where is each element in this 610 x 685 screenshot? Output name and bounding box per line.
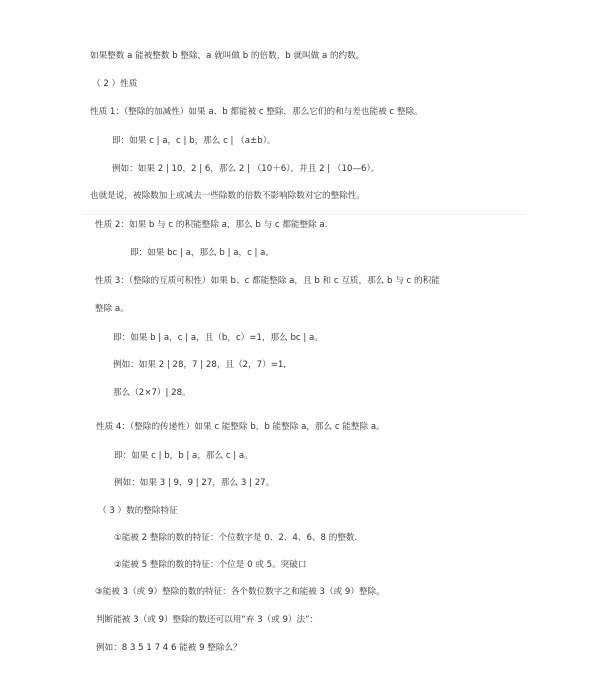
property-4: 性质 4：（整除的传递性）如果 c 能整除 b，b 能整除 a，那么 c 能整除… — [96, 421, 385, 433]
section-heading-properties: （ 2 ）性质 — [92, 78, 137, 90]
cast-out-method: 判断能被 3（或 9）整除的数还可以用“弃 3（或 9）法”： — [96, 614, 318, 626]
definition-line: 如果整数 a 能被整数 b 整除，a 就叫做 b 的倍数，b 就叫做 a 的约数… — [90, 50, 364, 62]
divisibility-rule-3-9: ③能被 3（或 9）整除的数的特征：各个数位数字之和能被 3（或 9）整除。 — [95, 586, 385, 598]
property-2-formula: 即：如果 bc | a，那么 b | a，c | a。 — [130, 247, 274, 259]
divisibility-rule-5: ②能被 5 整除的数的特征：个位是 0 或 5。突破口 — [114, 559, 306, 571]
property-1: 性质 1：（整除的加减性）如果 a、b 都能被 c 整除，那么它们的和与差也能被… — [90, 106, 423, 118]
example-question: 例如：8 3 5 1 7 4 6 能被 9 整除么？ — [96, 642, 242, 654]
property-4-formula: 即：如果 c | b，b | a，那么 c | a。 — [114, 450, 253, 462]
property-1-example: 例如：如果 2 | 10，2 | 6，那么 2 | （10＋6），并且 2 | … — [112, 163, 379, 175]
property-1-explanation: 也就是说，被除数加上或减去一些除数的倍数不影响除数对它的整除性。 — [90, 190, 365, 202]
property-3-continued: 整除 a。 — [95, 303, 129, 315]
property-3-formula: 即：如果 b | a，c | a，且（b，c）=1，那么 bc | a。 — [113, 332, 323, 344]
property-2: 性质 2：如果 b 与 c 的积能整除 a，那么 b 与 c 都能整除 a. — [95, 219, 327, 231]
section-heading-divisibility: （ 3 ）数的整除特征 — [98, 505, 178, 517]
section-divider — [83, 214, 526, 215]
property-4-example: 例如：如果 3 | 9，9 | 27，那么 3 | 27。 — [114, 477, 274, 489]
divisibility-rule-2: ①能被 2 整除的数的特征：个位数字是 0、2、4、6、8 的整数. — [114, 532, 357, 544]
property-3: 性质 3：（整除的互质可积性）如果 b、c 都能整除 a，且 b 和 c 互质，… — [95, 275, 440, 287]
property-3-example-result: 那么（2×7）| 28。 — [113, 387, 191, 399]
property-1-formula: 即：如果 c | a，c | b，那么 c | （a±b）。 — [112, 135, 276, 147]
property-3-example: 例如：如果 2 | 28，7 | 28，且（2，7）=1, — [113, 359, 286, 371]
